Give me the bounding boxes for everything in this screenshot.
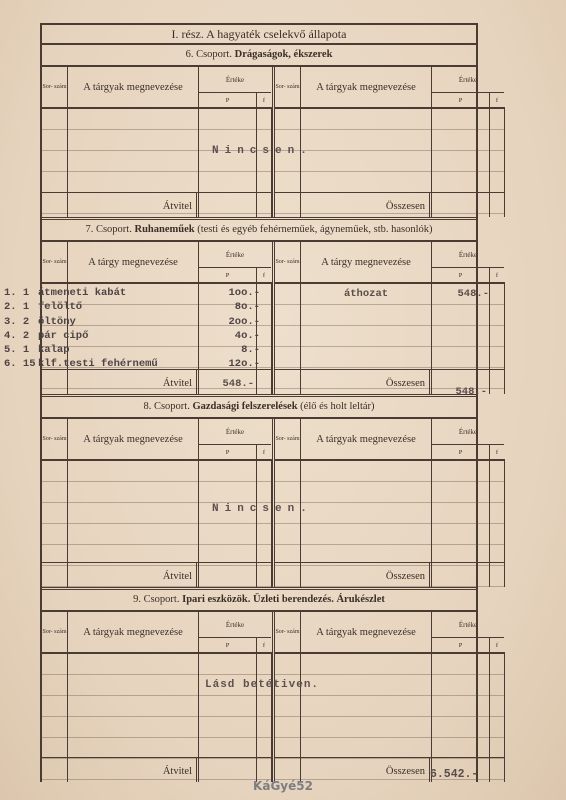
left-table: Sor- szám A tárgyak megnevezése Értéke P… [42,612,275,782]
list-item: 1. 1átmeneti kabát1oo.- [4,287,260,301]
f-label: f [257,445,271,459]
typed-note-section-6: Nincsen. [212,145,313,157]
carry-value: 548.- [197,370,254,394]
value-label: Értéke [199,419,271,445]
list-item: 2. 1felöltő8o.- [4,301,260,315]
item-value: 1oo.- [200,287,260,301]
list-item: 3. 2öltöny2oo.- [4,316,260,330]
p-label: P [432,93,490,107]
col-header-sor: Sor- szám [275,67,301,107]
section-prefix: 6. Csoport. [186,49,232,60]
section-prefix: 8. Csoport. [143,401,189,412]
col-header-name: A tárgyak megnevezése [68,419,199,459]
item-name: kalap [38,344,200,358]
value-label: Értéke [432,612,504,638]
item-name: áthozat [301,284,431,300]
table-header: Sor- szám A tárgyak megnevezése Értéke P… [275,419,505,461]
list-item: 6. 15klf.testi fehérnemű12o.- [4,358,260,372]
section-suffix: (testi és egyéb fehérneműek, ágyneműek, … [197,224,432,235]
total-label: Összesen [275,563,430,587]
item-number: 1. 1 [4,287,38,301]
section-title: 9. Csoport. Ipari eszközök. Üzleti beren… [42,590,476,612]
item-number: 2. 1 [4,301,38,315]
col-header-sor: Sor- szám [275,612,301,652]
col-header-name: A tárgy megnevezése [301,242,432,282]
inventory-form: I. rész. A hagyaték cselekvő állapota 6.… [40,23,478,782]
col-header-sor: Sor- szám [42,67,68,107]
right-table: Sor- szám A tárgyak megnevezése Értéke P… [275,67,505,217]
section-table: Sor- szám A tárgyak megnevezése Értéke P… [42,612,476,782]
table-header: Sor- szám A tárgyak megnevezése Értéke P… [42,419,272,461]
watermark: KáGyé52 [0,779,566,793]
item-value: 8o.- [200,301,260,315]
item-name: öltöny [38,316,200,330]
p-label: P [199,638,257,652]
col-header-value: Értéke Pf [199,67,271,107]
f-label: f [257,93,271,107]
col-header-value: Értéke Pf [199,419,271,459]
table-body: Összesen 6.542.- [275,654,505,782]
f-label: f [490,445,504,459]
table-body: áthozat 548.- Összesen 548.- [275,284,505,394]
table-body: Összesen [275,461,505,587]
table-body: Átvitel [42,654,272,782]
right-table: Sor- szám A tárgy megnevezése Értéke Pf … [275,242,505,394]
item-value: 8.- [200,344,260,358]
carry-label: Átvitel [42,563,197,587]
list-item: 5. 1kalap8.- [4,344,260,358]
section-prefix: 7. Csoport. [85,224,131,235]
section-title: 7. Csoport. Ruhaneműek (testi és egyéb f… [42,220,476,242]
col-header-name: A tárgyak megnevezése [68,612,199,652]
total-row: Összesen [275,192,505,217]
col-header-name: A tárgyak megnevezése [68,67,199,107]
item-number: 5. 1 [4,344,38,358]
col-header-value: Értéke Pf [432,67,504,107]
item-value: 548.- [432,284,489,300]
value-label: Értéke [432,419,504,445]
list-item: 4. 2pár cipő4o.- [4,330,260,344]
item-value: 4o.- [200,330,260,344]
carry-row: Átvitel [42,562,272,587]
carry-label: Átvitel [42,370,197,394]
scanned-form-page: I. rész. A hagyaték cselekvő állapota 6.… [0,0,566,800]
typed-note-section-9: Lásd betétiven. [205,679,319,691]
total-value: 548.- [430,370,487,394]
right-table: Sor- szám A tárgyak megnevezése Értéke P… [275,612,505,782]
item-number: 4. 2 [4,330,38,344]
item-name: pár cipő [38,330,200,344]
total-row: Összesen 548.- [275,369,505,394]
carry-value [197,193,205,217]
carry-row: Átvitel [42,192,272,217]
col-header-sor: Sor- szám [275,242,301,282]
value-label: Értéke [199,612,271,638]
table-header: Sor- szám A tárgy megnevezése Értéke Pf [42,242,272,284]
p-label: P [199,268,257,282]
p-label: P [432,638,490,652]
item-name: átmeneti kabát [38,287,200,301]
value-label: Értéke [432,67,504,93]
carry-label: Átvitel [42,193,197,217]
section-heading: Ruhaneműek [134,224,194,235]
table-body: Átvitel [42,109,272,217]
section-prefix: 9. Csoport. [133,594,179,605]
col-header-name: A tárgy megnevezése [68,242,199,282]
item-name: felöltő [38,301,200,315]
f-label: f [490,268,504,282]
f-label: f [490,93,504,107]
table-header: Sor- szám A tárgy megnevezése Értéke Pf [275,242,505,284]
f-label: f [257,638,271,652]
section-table: Sor- szám A tárgyak megnevezése Értéke P… [42,67,476,217]
col-header-value: Értéke Pf [199,242,271,282]
col-header-sor: Sor- szám [275,419,301,459]
total-row: Összesen [275,562,505,587]
section-suffix: (élő és holt leltár) [300,401,374,412]
section-6-jewelry: 6. Csoport. Drágaságok, ékszerek Sor- sz… [42,45,476,220]
section-8-farm-equipment: 8. Csoport. Gazdasági felszerelések (élő… [42,397,476,590]
item-value: 2oo.- [200,316,260,330]
col-header-value: Értéke Pf [432,242,504,282]
table-header: Sor- szám A tárgyak megnevezése Értéke P… [42,67,272,109]
clothing-items-list: 1. 1átmeneti kabát1oo.- 2. 1felöltő8o.- … [4,287,260,373]
table-header: Sor- szám A tárgyak megnevezése Értéke P… [275,67,505,109]
item-number: 3. 2 [4,316,38,330]
p-label: P [432,268,490,282]
col-header-sor: Sor- szám [42,242,68,282]
table-body: Átvitel [42,461,272,587]
item-number: 6. 15 [4,358,38,372]
col-header-value: Értéke Pf [432,419,504,459]
col-header-name: A tárgyak megnevezése [301,67,432,107]
item-value: 12o.- [200,358,260,372]
item-name: klf.testi fehérnemű [38,358,200,372]
p-label: P [199,445,257,459]
col-header-name: A tárgyak megnevezése [301,419,432,459]
col-header-sor: Sor- szám [42,419,68,459]
section-title: 8. Csoport. Gazdasági felszerelések (élő… [42,397,476,419]
value-label: Értéke [199,242,271,268]
table-header: Sor- szám A tárgyak megnevezése Értéke P… [42,612,272,654]
table-header: Sor- szám A tárgyak megnevezése Értéke P… [275,612,505,654]
col-header-sor: Sor- szám [42,612,68,652]
form-title: I. rész. A hagyaték cselekvő állapota [42,25,476,45]
col-header-value: Értéke Pf [199,612,271,652]
value-label: Értéke [199,67,271,93]
col-header-value: Értéke Pf [432,612,504,652]
table-body: Összesen [275,109,505,217]
left-table: Sor- szám A tárgyak megnevezése Értéke P… [42,67,275,217]
total-label: Összesen [275,370,430,394]
section-heading: Drágaságok, ékszerek [235,49,333,60]
f-label: f [490,638,504,652]
section-heading: Gazdasági felszerelések [192,401,297,412]
p-label: P [432,445,490,459]
p-label: P [199,93,257,107]
typed-note-section-8: Nincsen. [212,503,313,515]
f-label: f [257,268,271,282]
section-heading: Ipari eszközök. Üzleti berendezés. Áruké… [182,594,385,605]
total-label: Összesen [275,193,430,217]
col-header-name: A tárgyak megnevezése [301,612,432,652]
value-label: Értéke [432,242,504,268]
section-title: 6. Csoport. Drágaságok, ékszerek [42,45,476,67]
